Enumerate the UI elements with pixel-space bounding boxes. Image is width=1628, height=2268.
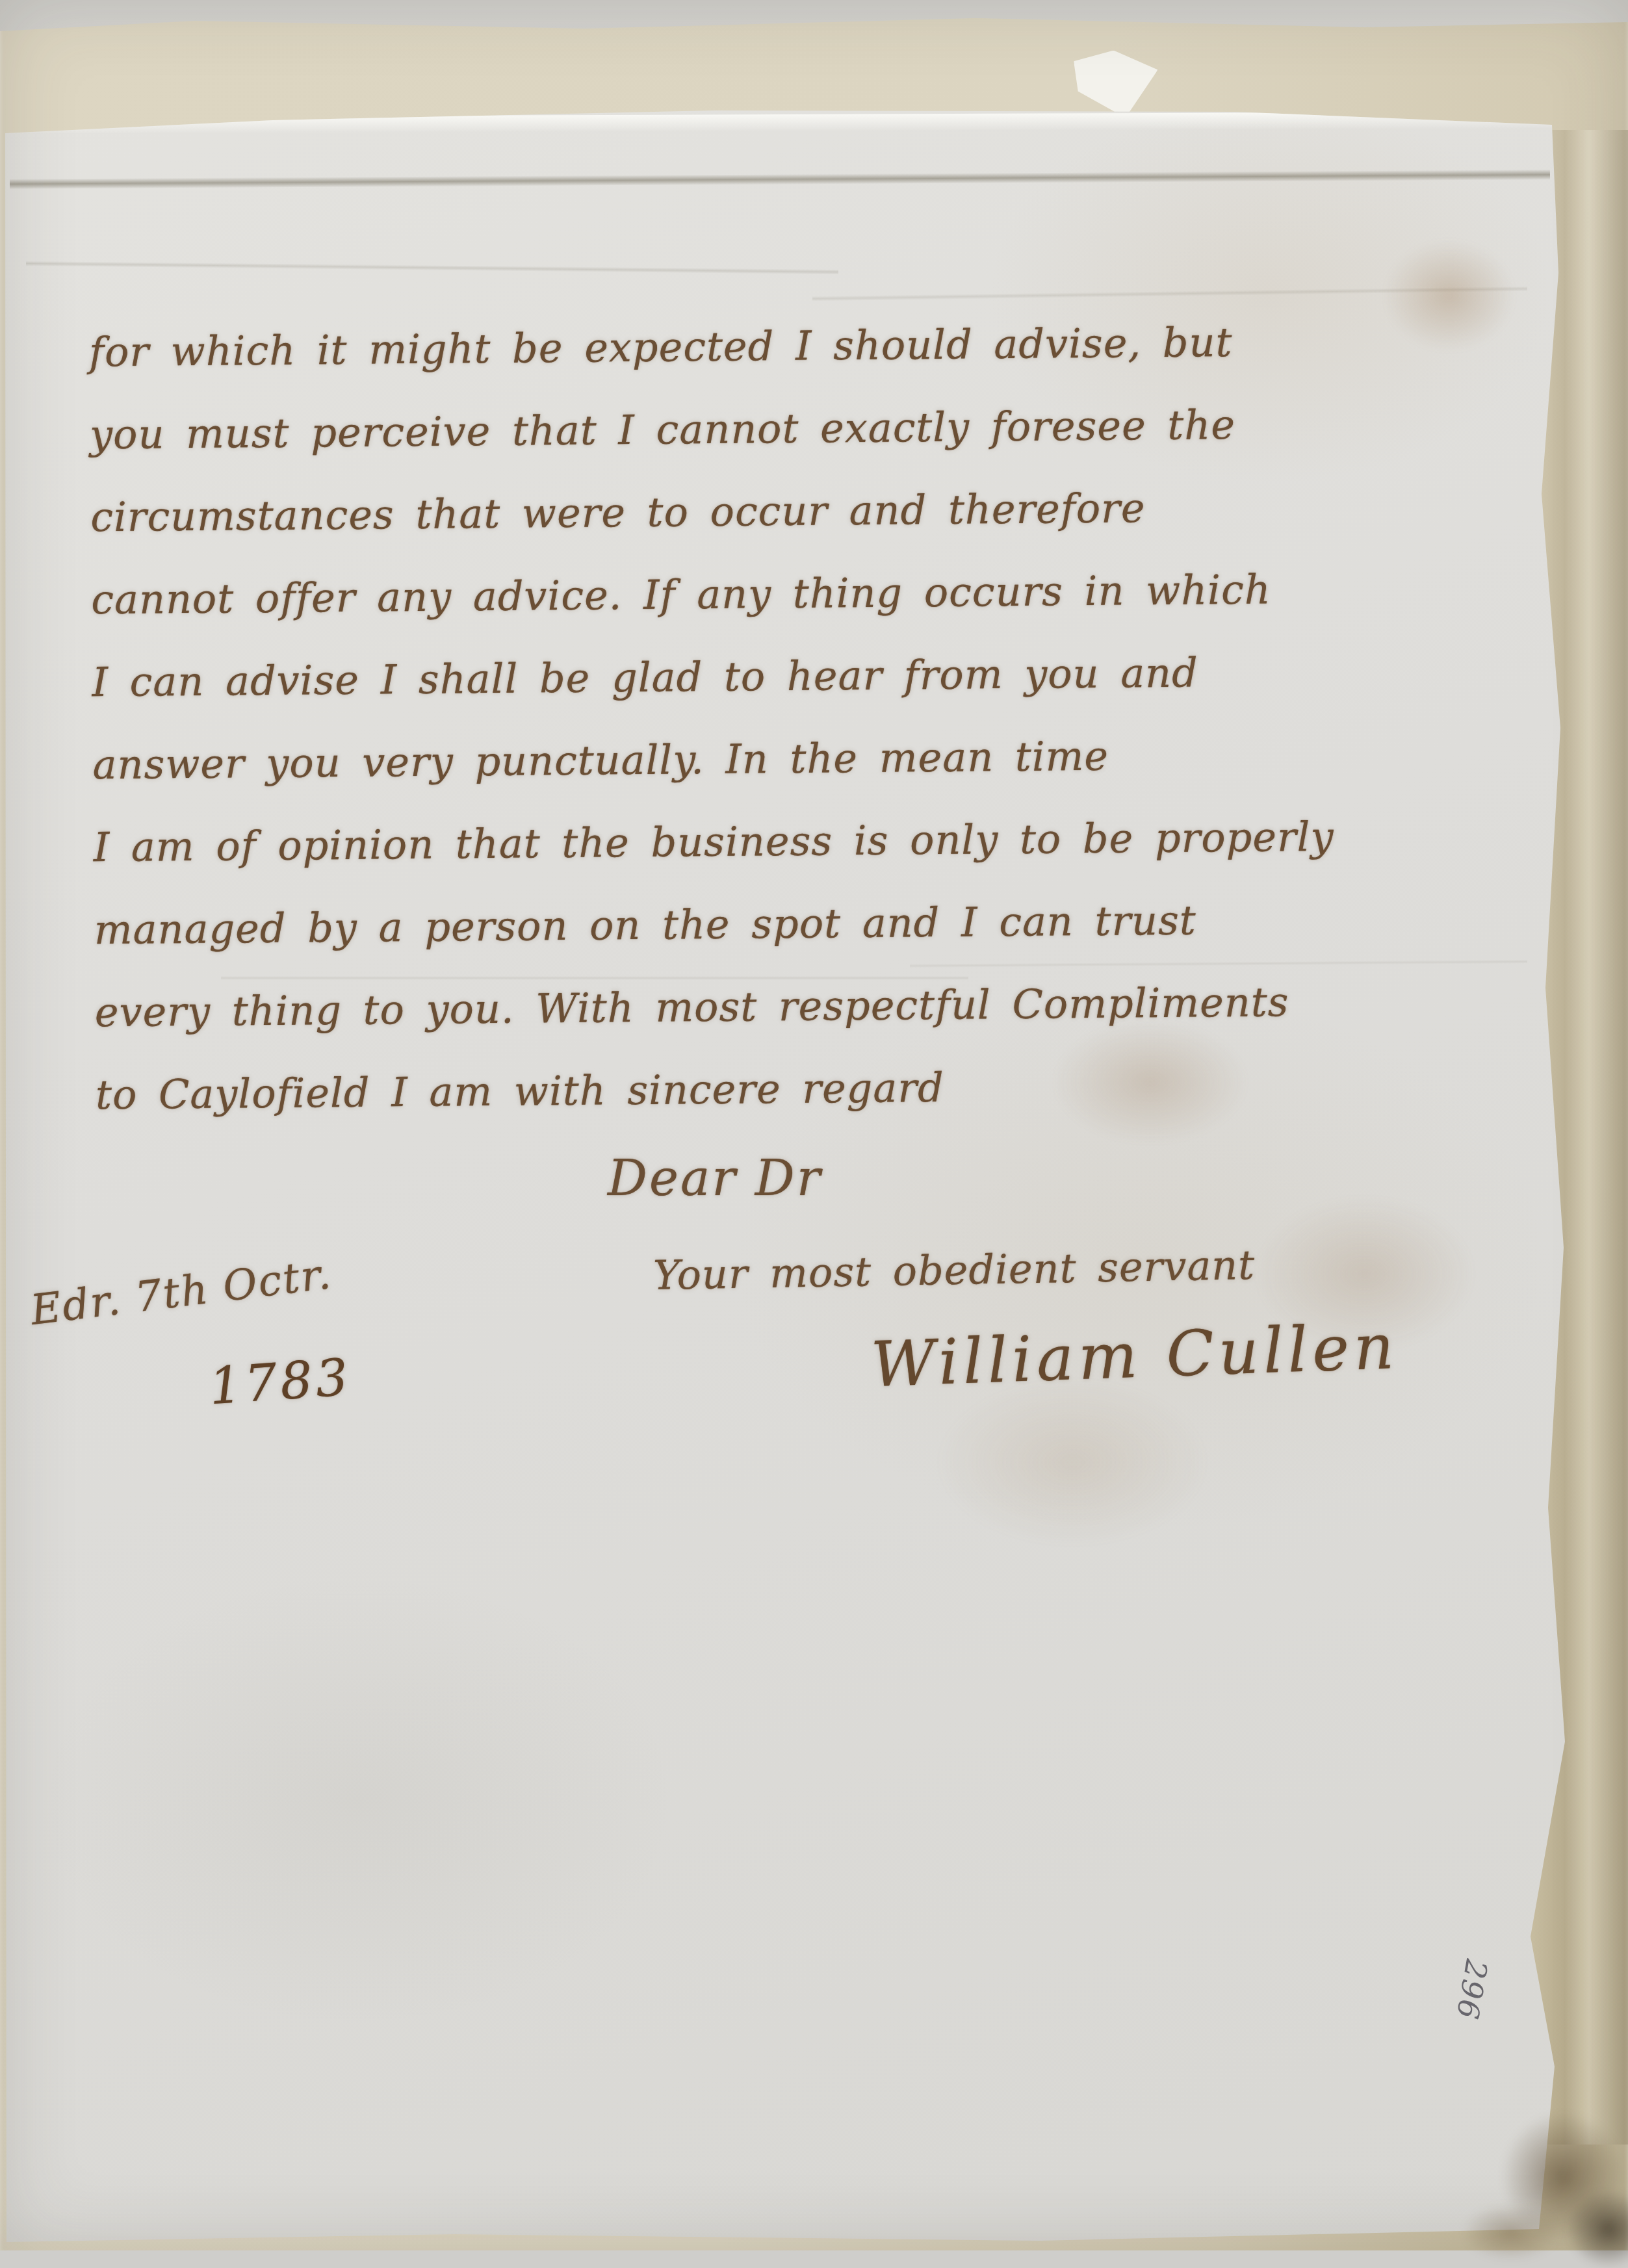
valediction: Your most obedient servant bbox=[652, 1241, 1255, 1299]
ink-stain bbox=[1384, 240, 1514, 351]
manuscript-line: circumstances that were to occur and the… bbox=[90, 465, 1332, 559]
manuscript-line: answer you very punctually. In the mean … bbox=[92, 713, 1334, 806]
letter-body: for which it might be expected I should … bbox=[88, 300, 1336, 1137]
faint-crease bbox=[26, 261, 838, 274]
salutation: Dear Dr bbox=[608, 1149, 822, 1207]
manuscript-line: managed by a person on the spot and I ca… bbox=[94, 878, 1335, 972]
manuscript-line: to Caylofield I am with sincere regard bbox=[95, 1043, 1336, 1137]
manuscript-line: every thing to you. With most respectful… bbox=[94, 960, 1336, 1054]
manuscript-line: you must perceive that I cannot exactly … bbox=[90, 383, 1331, 476]
manuscript-line: I can advise I shall be glad to hear fro… bbox=[92, 630, 1333, 724]
fold-crease bbox=[10, 170, 1550, 189]
manuscript-line: for which it might be expected I should … bbox=[88, 300, 1330, 394]
signature: William Cullen bbox=[870, 1310, 1399, 1401]
scanned-letter-page: for which it might be expected I should … bbox=[0, 0, 1628, 2250]
dateline-year: 1783 bbox=[207, 1348, 353, 1416]
manuscript-line: cannot offer any advice. If any thing oc… bbox=[91, 548, 1332, 641]
dateline-place-day: Edr. 7th Octr. bbox=[28, 1250, 334, 1335]
manuscript-line: I am of opinion that the business is onl… bbox=[93, 795, 1334, 889]
letter-sheet: for which it might be expected I should … bbox=[0, 0, 1628, 2250]
ink-stain bbox=[936, 1378, 1209, 1547]
